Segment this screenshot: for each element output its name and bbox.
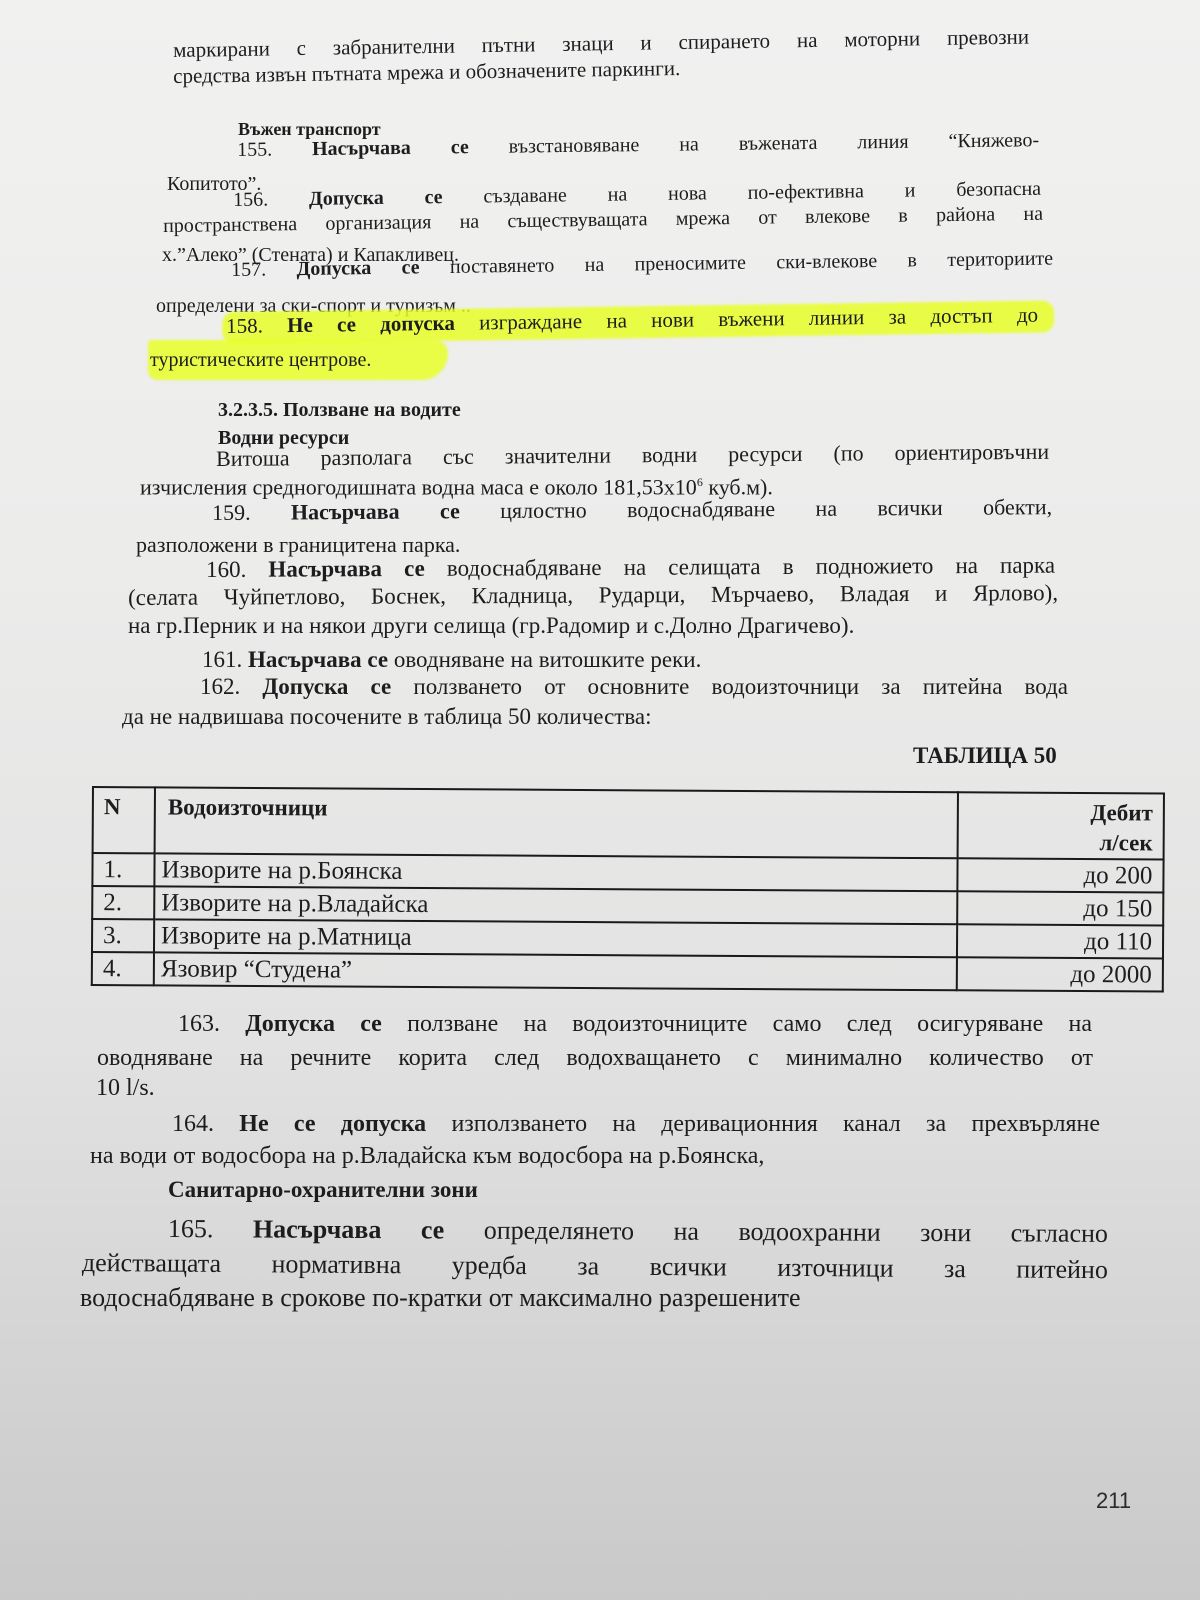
cell-debit: до 150	[957, 891, 1163, 925]
item-keyword: Не се допуска	[239, 1111, 426, 1137]
item-163-line-2: оводняване на речните корита след водохв…	[97, 1046, 1093, 1070]
water-intro-line-1: Витоша разполага със значителни водни ре…	[216, 441, 1049, 470]
cell-debit: до 2000	[957, 957, 1163, 991]
item-161-line-1: 161. Насърчава се оводняване на витошкит…	[202, 648, 701, 671]
item-165-line-3: водоснабдяване в срокове по-кратки от ма…	[80, 1285, 801, 1311]
item-text: използването на деривационния канал за п…	[451, 1111, 1100, 1137]
item-number: 155.	[237, 139, 272, 161]
item-160-line-3: на гр.Перник и на някои други селища (гр…	[128, 614, 854, 637]
item-162-line-2: да не надвишава посочените в таблица 50 …	[122, 705, 651, 728]
table-header-row: N Водоизточници Дебит л/сек	[93, 787, 1164, 860]
cell-source: Изворите на р.Боянска	[154, 853, 957, 891]
item-text: възстановяване на въжената линия “Княжев…	[509, 129, 1040, 157]
header-debit-line-1: Дебит	[965, 797, 1153, 828]
item-keyword: Насърчава се	[253, 1214, 444, 1244]
item-164-line-2: на води от водосбора на р.Владайска към …	[90, 1144, 764, 1168]
cell-n: 3.	[92, 919, 154, 952]
header-source: Водоизточници	[155, 787, 958, 858]
page-number: 211	[1096, 1490, 1131, 1512]
item-163-line-1: 163. Допуска се ползване на водоизточниц…	[178, 1012, 1092, 1036]
item-158-line-2: туристическите центрове.	[150, 350, 371, 370]
item-number: 161.	[202, 647, 242, 672]
item-number: 165.	[168, 1214, 214, 1243]
item-number: 157.	[231, 259, 266, 281]
water-sources-table: N Водоизточници Дебит л/сек 1. Изворите …	[91, 786, 1165, 993]
cell-debit: до 110	[957, 924, 1163, 958]
header-debit: Дебит л/сек	[958, 792, 1164, 859]
item-text: оводняване на витошките реки.	[394, 647, 702, 672]
item-keyword: Насърчава се	[248, 647, 388, 672]
item-165-line-1: 165. Насърчава се определянето на водоох…	[168, 1216, 1108, 1247]
item-number: 160.	[206, 557, 246, 582]
item-number: 156.	[233, 189, 268, 211]
item-keyword: Допуска се	[296, 256, 419, 280]
cell-source: Изворите на р.Матница	[154, 919, 957, 957]
cell-n: 2.	[92, 886, 154, 919]
table-caption: ТАБЛИЦА 50	[913, 744, 1057, 767]
item-162-line-1: 162. Допуска се ползването от основните …	[200, 675, 1068, 698]
cell-n: 1.	[92, 853, 154, 886]
item-160-line-2: (селата Чуйпетлово, Боснек, Кладница, Ру…	[128, 581, 1058, 609]
item-keyword: Насърчава се	[268, 556, 425, 582]
item-text: определянето на водоохранни зони съгласн…	[484, 1216, 1108, 1248]
water-intro-line-2: изчисления средногодишната водна маса е …	[140, 476, 773, 498]
item-keyword: Не се допуска	[287, 311, 455, 337]
item-159-line-2: разположени в границитена парка.	[136, 534, 460, 556]
item-number: 162.	[200, 674, 240, 699]
intro-line-2: средства извън пътната мрежа и обозначен…	[173, 58, 680, 87]
item-163-line-3: 10 l/s.	[96, 1076, 155, 1100]
cell-debit: до 200	[957, 858, 1163, 892]
header-n: N	[93, 787, 155, 853]
intro-line-1: маркирани с забранителни пътни знаци и с…	[173, 27, 1029, 61]
item-160-line-1: 160. Насърчава се водоснабдяване на сели…	[206, 554, 1055, 581]
header-debit-line-2: л/сек	[965, 827, 1153, 858]
item-159-line-1: 159. Насърчава се цялостно водоснабдяван…	[212, 496, 1052, 524]
item-keyword: Допуска се	[309, 186, 443, 210]
item-164-line-1: 164. Не се допуска използването на дерив…	[172, 1112, 1100, 1136]
item-keyword: Насърчава се	[312, 136, 469, 160]
item-text: ползването от основните водоизточници за…	[413, 674, 1068, 699]
section-heading-water-use: 3.2.3.5. Ползване на водите	[218, 400, 461, 420]
item-text: (селата Чуйпетлово, Боснек, Кладница, Ру…	[128, 580, 1058, 610]
item-keyword: Допуска се	[262, 674, 391, 699]
item-number: 158.	[226, 313, 263, 338]
item-number: 164.	[172, 1111, 214, 1137]
item-text: поставянето на преносимите ски-влекове в…	[450, 248, 1053, 278]
cell-n: 4.	[92, 952, 154, 985]
item-165-line-2: действащата нормативна уредба за всички …	[82, 1250, 1108, 1283]
cell-source: Изворите на р.Владайска	[154, 886, 957, 924]
item-keyword: Допуска се	[245, 1011, 382, 1037]
item-text: водоснабдяване на селищата в подножието …	[447, 553, 1055, 581]
subheading-sanitary-zones: Санитарно-охранителни зони	[168, 1178, 478, 1201]
item-text: оводняване на речните корита след водохв…	[97, 1045, 1093, 1071]
item-keyword: Насърчава се	[291, 498, 460, 524]
item-text: действащата нормативна уредба за всички …	[82, 1248, 1108, 1284]
item-text: цялостно водоснабдяване на всички обекти…	[500, 494, 1052, 523]
section-heading-rope-transport: Въжен транспорт	[238, 120, 381, 138]
document-page: маркирани с забранителни пътни знаци и с…	[0, 0, 1200, 1600]
item-number: 163.	[178, 1011, 220, 1037]
item-number: 159.	[212, 500, 251, 525]
water-intro-text: изчисления средногодишната водна маса е …	[140, 474, 697, 499]
cell-source: Язовир “Студена”	[154, 952, 957, 990]
table-row: 4. Язовир “Студена” до 2000	[92, 952, 1163, 992]
item-text: ползване на водоизточниците само след ос…	[407, 1011, 1092, 1037]
